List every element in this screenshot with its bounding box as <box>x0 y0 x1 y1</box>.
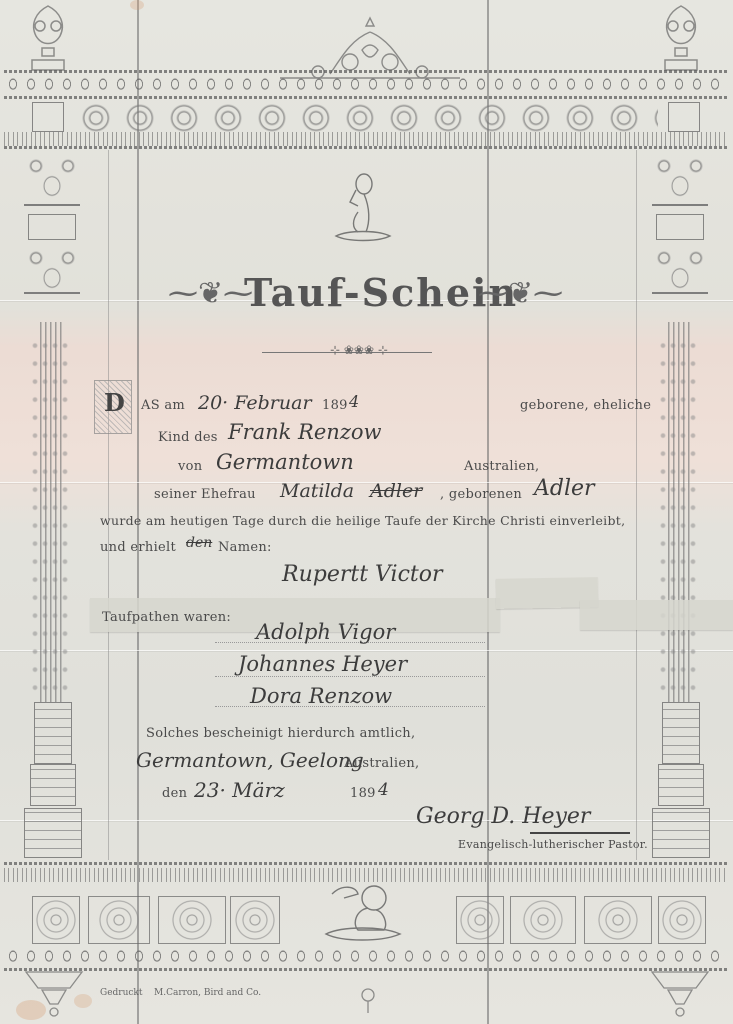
fold-crease-horizontal <box>0 820 733 821</box>
text-von: von <box>178 459 202 474</box>
title-flourish-right-icon: ⁓❦⁓ <box>478 276 563 311</box>
frame-line-right <box>636 150 637 860</box>
text-und-erhielt: und erhielt <box>100 540 176 555</box>
pastor-signature: Georg D. Heyer <box>416 804 590 829</box>
text-year-prefix: 189 <box>322 398 348 413</box>
handwritten-maiden-name: Adler <box>534 476 595 501</box>
text-den: den <box>162 786 187 801</box>
handwritten-birth-date: 20· Februar <box>198 392 312 414</box>
sponsor-line <box>215 676 485 678</box>
text-geborene-eheliche: geborene, eheliche <box>520 398 651 413</box>
handwritten-town: Germantown <box>216 450 354 474</box>
handwritten-mother-name: Matilda <box>280 480 354 502</box>
handwritten-attest-year-digit: 4 <box>378 780 389 800</box>
text-attest-year-prefix: 189 <box>350 786 376 801</box>
handwritten-birth-year-digit: 4 <box>349 392 359 411</box>
text-australien: Australien, <box>464 459 539 474</box>
handwritten-struck-den: den <box>186 535 212 551</box>
text-das-am: AS am <box>141 398 185 413</box>
text-baptism-statement: wurde am heutigen Tage durch die heilige… <box>100 513 625 528</box>
left-column-ornament <box>24 152 80 862</box>
foxing-stain <box>16 1000 46 1020</box>
certificate-paper: ⁓❦⁓ Tauf-Schein ⁓❦⁓ ⊹ ❀❀❀ ⊹ D AS am 20· … <box>0 0 733 1024</box>
pastor-title: Evangelisch-lutherischer Pastor. <box>458 838 648 851</box>
urn-finial-left-icon <box>22 2 74 74</box>
frame-line-left <box>108 150 109 860</box>
sponsor-name-3: Dora Renzow <box>250 684 392 708</box>
text-seiner-ehefrau: seiner Ehefrau <box>154 487 256 502</box>
handwritten-given-names: Rupertt Victor <box>282 562 443 587</box>
top-frieze <box>4 70 728 150</box>
sponsors-label: Taufpathen waren: <box>102 610 231 625</box>
text-australien-attest: Australien, <box>344 756 419 771</box>
handwritten-struck-surname: Adler <box>370 480 422 502</box>
printer-name: M.Carron, Bird and Co. <box>154 988 261 998</box>
signature-underline <box>530 832 630 834</box>
certificate-title: Tauf-Schein <box>244 270 518 315</box>
sponsor-name-2: Johannes Heyer <box>238 652 407 676</box>
lamb-of-god-icon <box>312 880 412 944</box>
foxing-stain <box>74 994 92 1008</box>
text-solches-bescheinigt: Solches bescheinigt hierdurch amtlich, <box>146 726 415 741</box>
handwritten-father-name: Frank Renzow <box>228 420 382 444</box>
text-namen: Namen: <box>218 540 272 555</box>
handwritten-place: Germantown, Geelong <box>136 748 364 772</box>
title-flourish-left-icon: ⁓❦⁓ <box>168 276 253 311</box>
pendant-ornament-right-icon <box>650 970 710 1020</box>
right-column-ornament <box>652 152 708 862</box>
printer-label: Gedruckt <box>100 988 143 998</box>
urn-finial-right-icon <box>655 2 707 74</box>
fold-crease-horizontal <box>0 482 733 483</box>
text-kind-des: Kind des <box>158 430 218 445</box>
foxing-stain <box>130 0 144 10</box>
handwritten-attest-date: 23· März <box>194 778 285 802</box>
dropcap-letter: D <box>104 388 125 417</box>
title-rule-ornament-icon: ⊹ ❀❀❀ ⊹ <box>330 343 388 357</box>
text-geborenen: , geborenen <box>440 487 522 502</box>
center-drop-ornament-icon <box>356 985 380 1015</box>
sponsor-name-1: Adolph Vigor <box>256 620 395 644</box>
repair-tape-strip <box>580 600 733 630</box>
fold-crease-horizontal <box>0 650 733 651</box>
praying-cherub-icon <box>328 168 398 248</box>
